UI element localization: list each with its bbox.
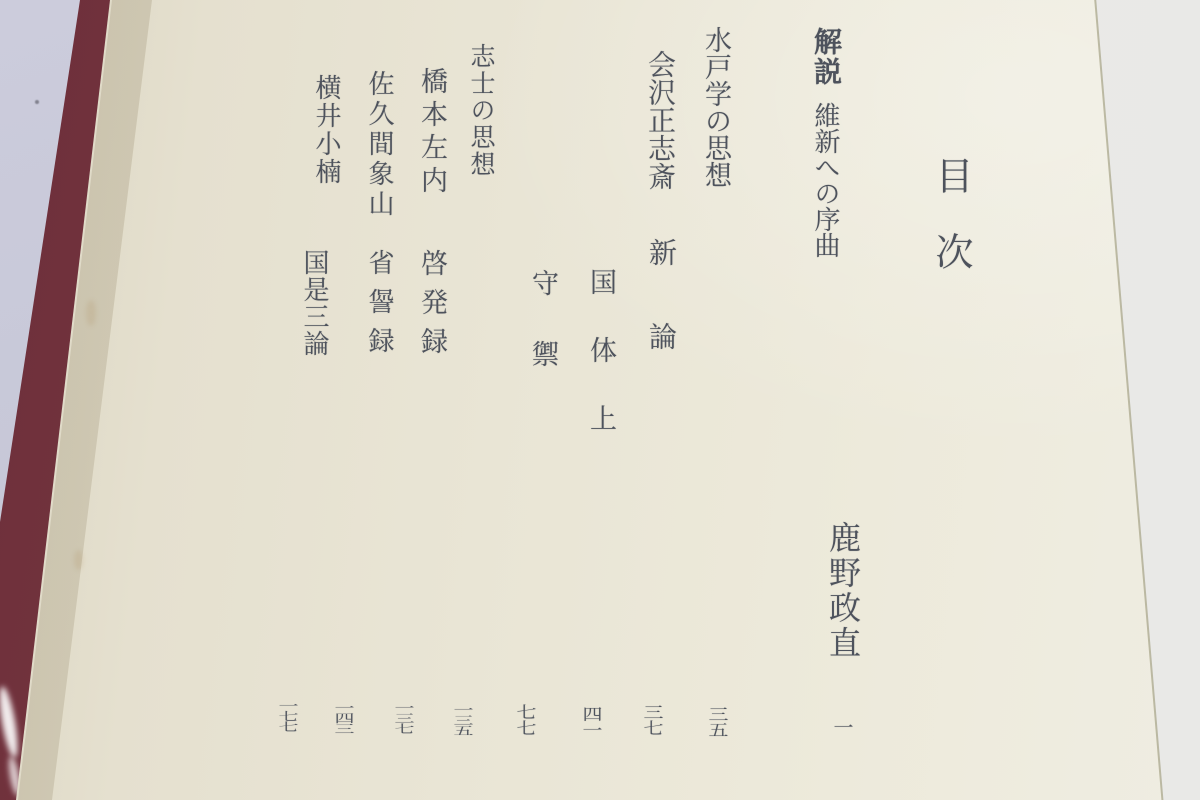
section-page-number: 三五 (707, 706, 727, 737)
toc-title: 目次 (924, 156, 979, 308)
work-author-aizawa: 会沢正志斎 (640, 50, 680, 190)
subentry-title-shugyo: 守禦 (523, 269, 562, 411)
section-heading-shishi: 志士の思想 (463, 43, 499, 178)
section-heading-mitogaku: 水戸学の思想 (696, 26, 735, 188)
background-speck (35, 100, 39, 104)
subentry-title-kokutai: 国体上 (581, 268, 620, 472)
work-page-number: 一七七 (277, 700, 297, 732)
section-page-number: 一三五 (452, 704, 472, 736)
work-author-yokoi: 横井小楠 (308, 74, 345, 186)
work-title-seikenroku: 省諐録 (361, 249, 398, 366)
commentary-label: 解説 (806, 27, 846, 87)
work-author-sakuma: 佐久間象山 (361, 70, 398, 220)
subentry-page-number: 四一 (581, 706, 601, 737)
work-page-number: 三七 (642, 704, 662, 735)
work-author-hashimoto: 橋本左内 (412, 67, 451, 199)
work-page-number: 一四三 (333, 702, 353, 734)
commentary-author: 鹿野政直 (820, 521, 866, 661)
book-photo: 目次 解説 維新への序曲 鹿野政直 一 水戸学の思想 三五 会沢正志斎 新論 三… (0, 0, 1200, 800)
page-stain (74, 550, 83, 570)
commentary-title: 維新への序曲 (807, 102, 844, 258)
work-title-kokuzesanron: 国是三論 (296, 249, 333, 357)
commentary-page-number: 一 (832, 718, 852, 736)
subentry-page-number: 七七 (515, 704, 535, 735)
work-title-keihatsuroku: 啓発録 (412, 249, 451, 366)
page-stain (86, 300, 96, 326)
work-page-number: 一三七 (393, 702, 413, 734)
work-title-shinron: 新論 (641, 238, 681, 406)
